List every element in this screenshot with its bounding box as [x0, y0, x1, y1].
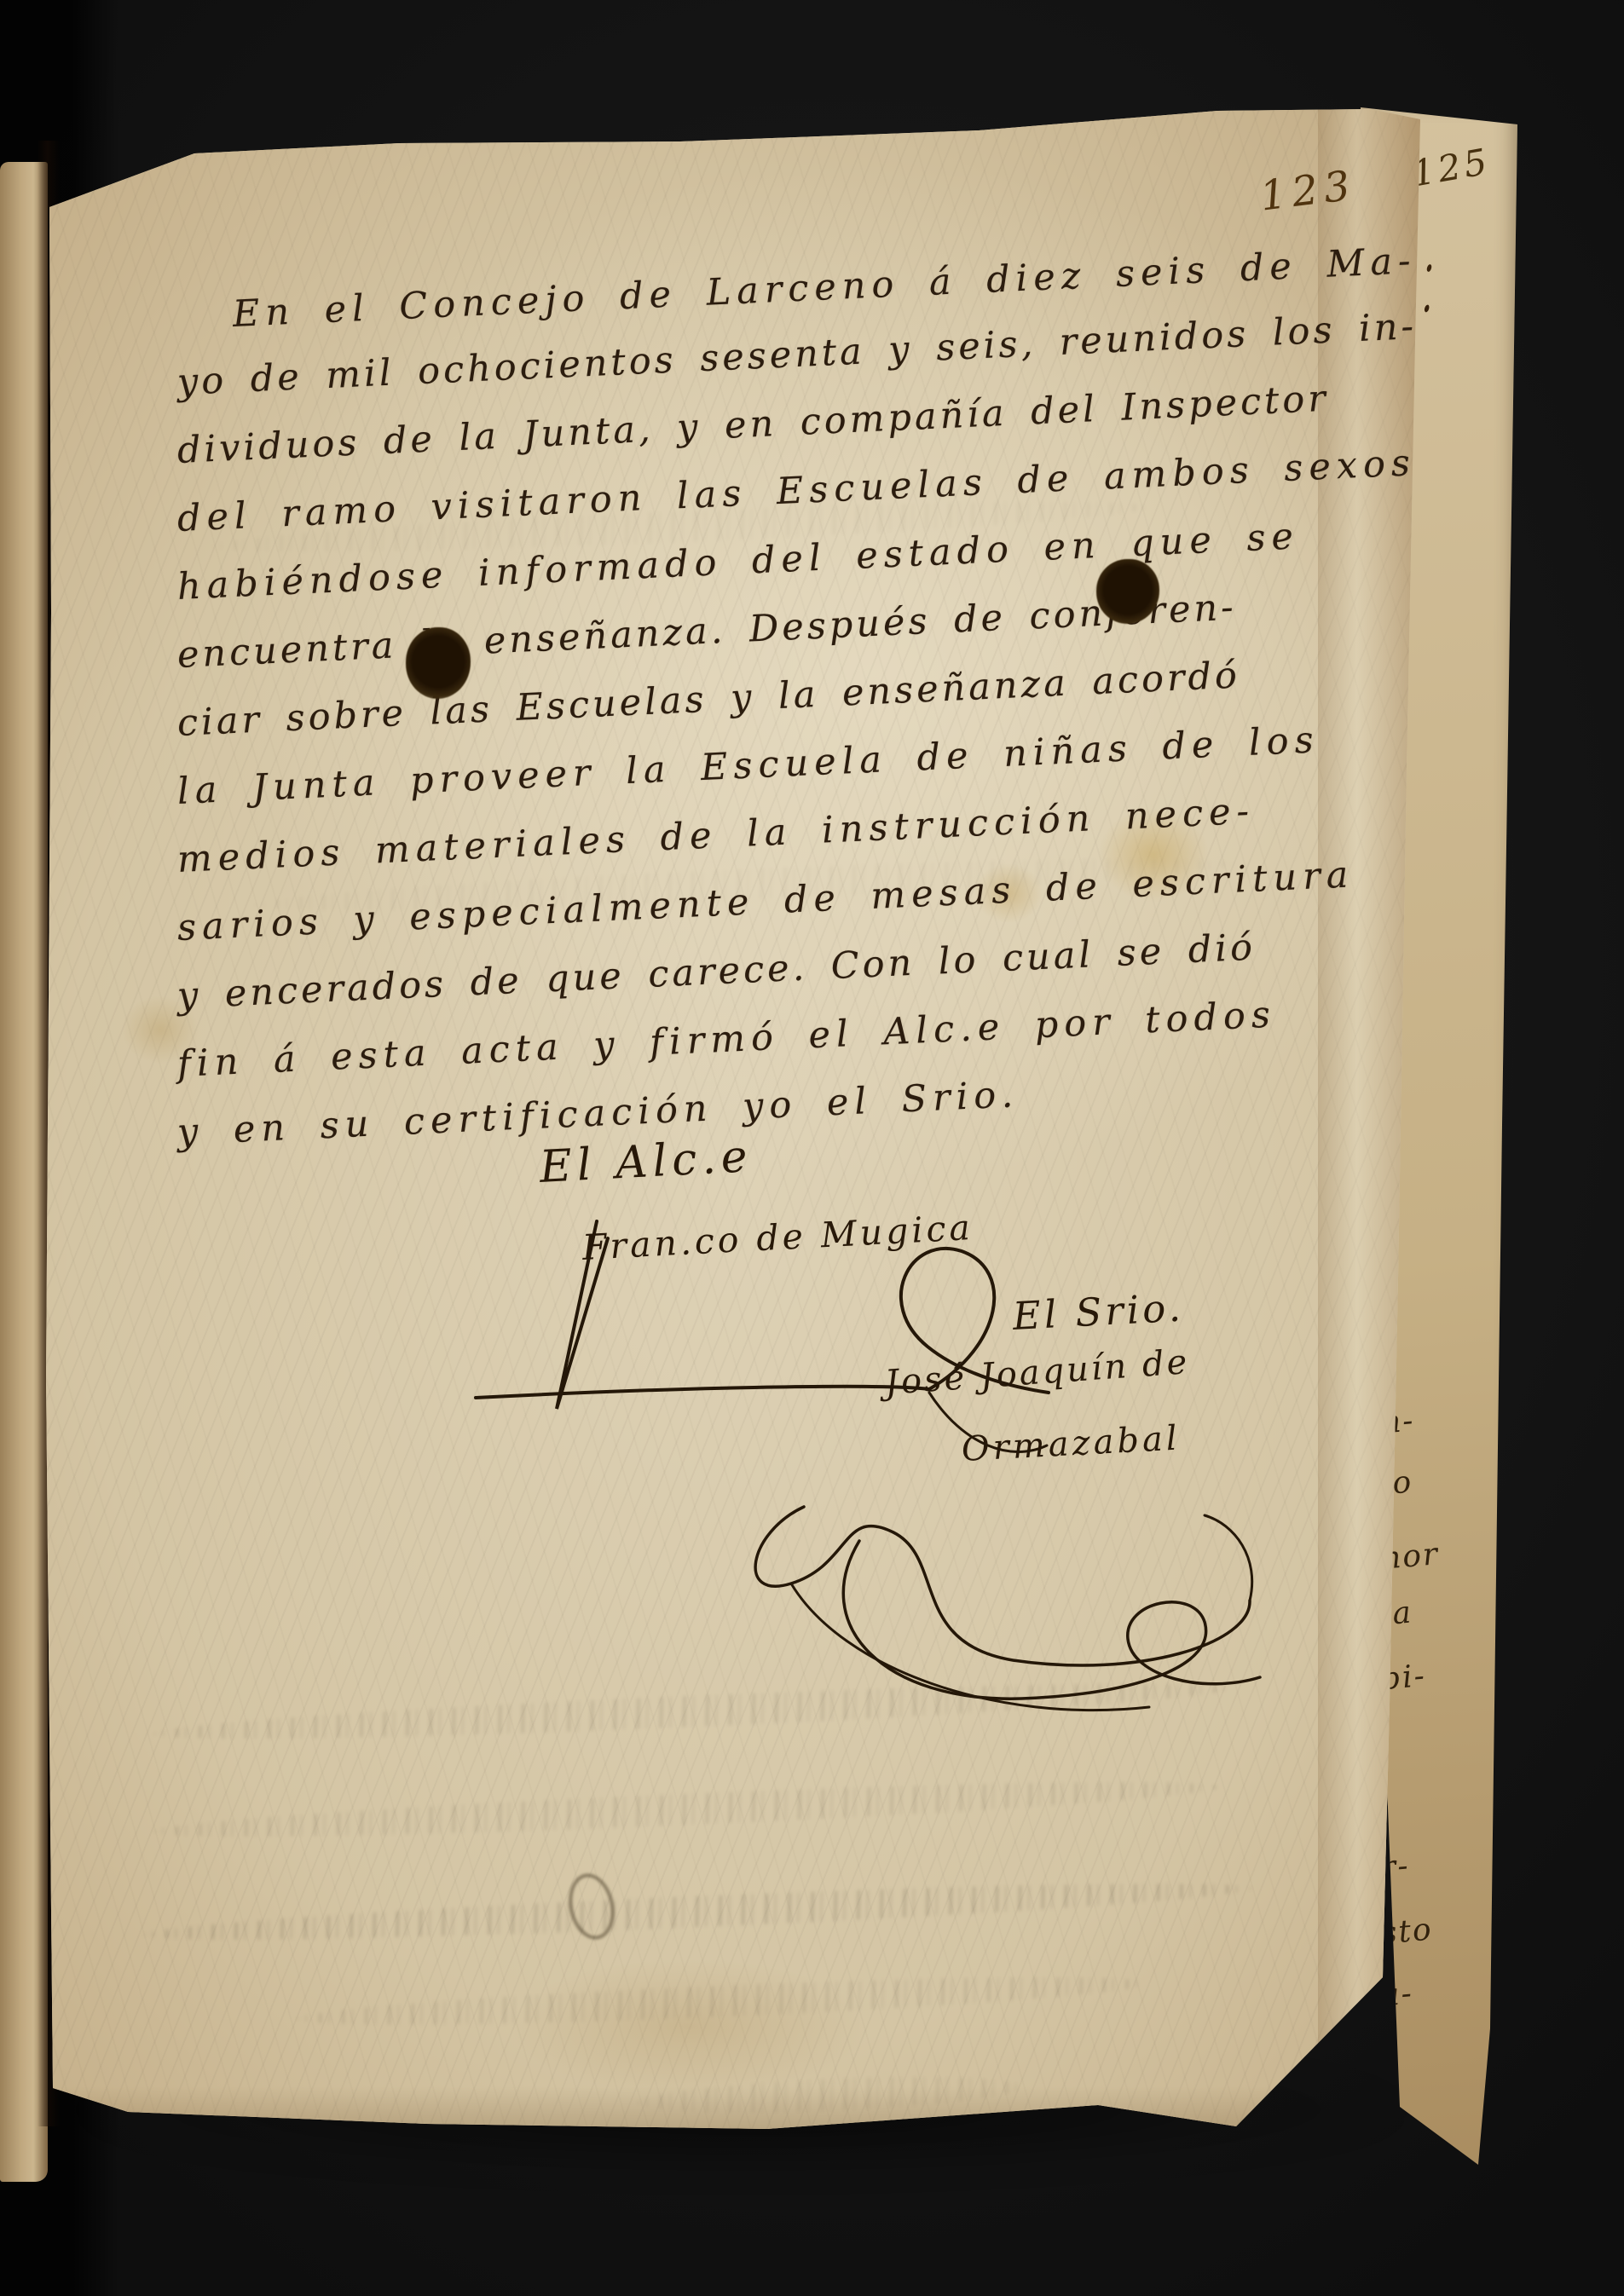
manuscript-page: 123 En el Concejo de Larceno á diez seis…: [41, 101, 1426, 2146]
underlying-page-number: 125: [1408, 140, 1493, 194]
manuscript-text: En el Concejo de Larceno á diez seis de …: [41, 101, 1426, 2146]
ink-blot: [1096, 559, 1159, 624]
ink-specks: [1426, 263, 1433, 272]
secretario-heading: El Srio.: [1012, 1285, 1185, 1339]
ink-blot: [406, 627, 471, 699]
